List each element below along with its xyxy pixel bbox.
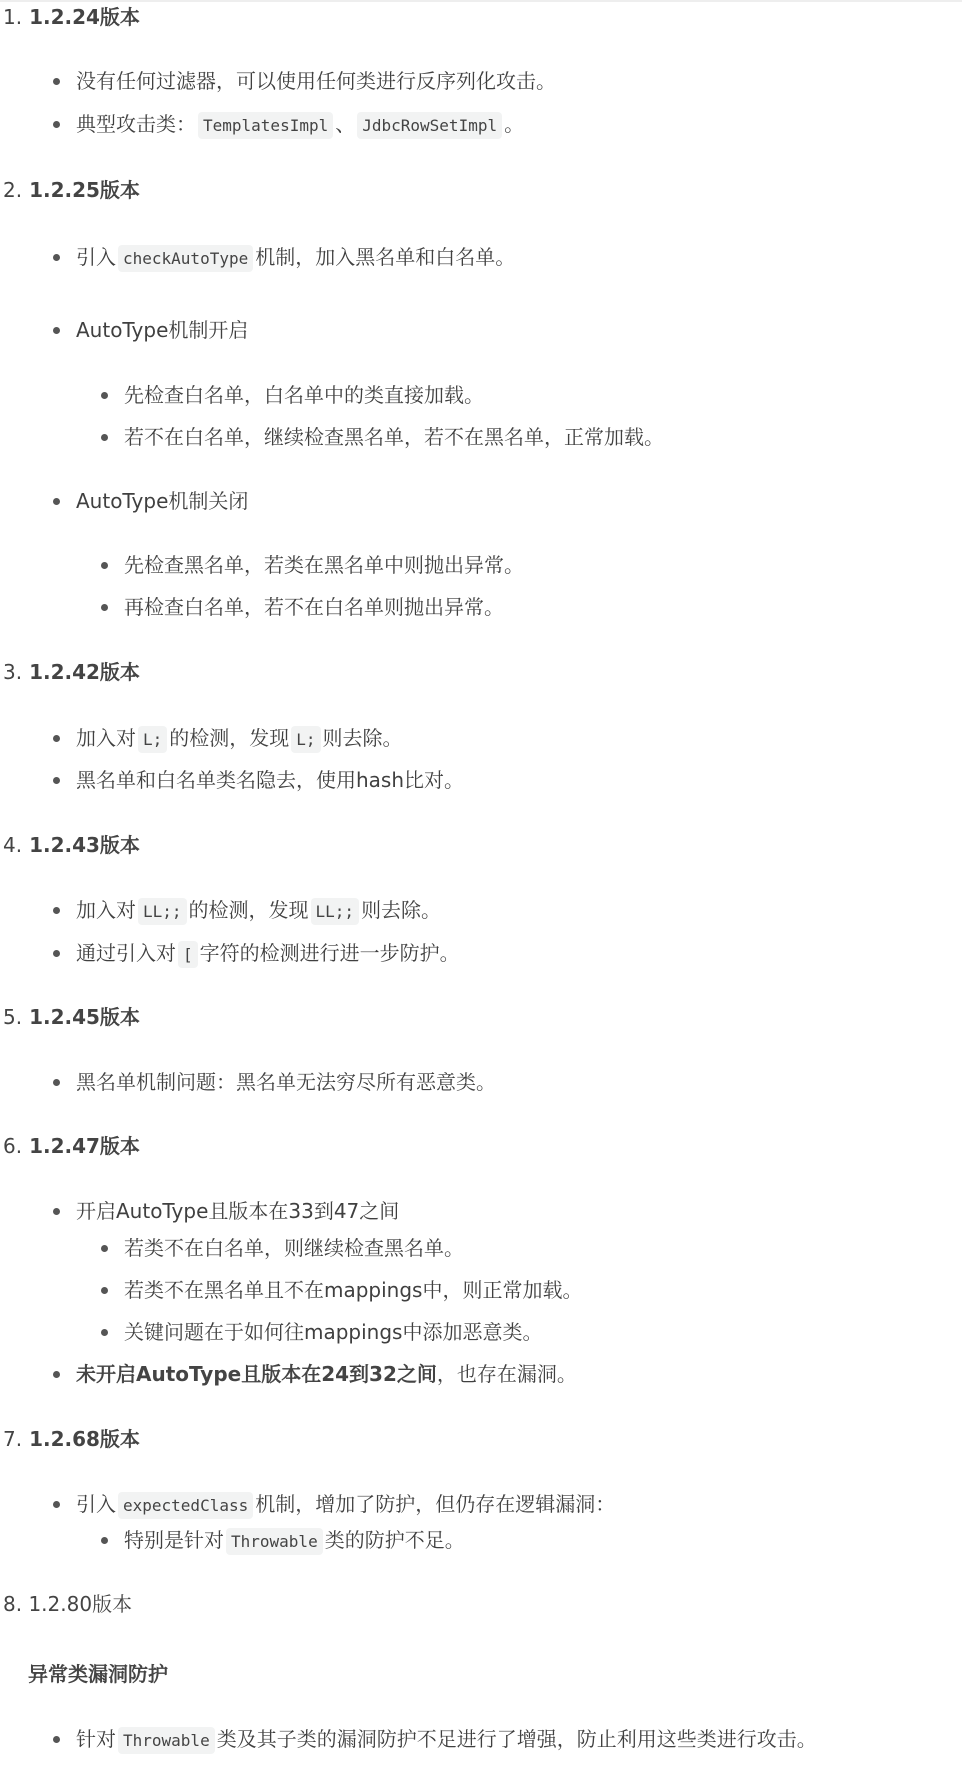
inline-code: TemplatesImpl <box>198 112 333 139</box>
list-item-text: AutoType机制关闭 <box>76 487 248 515</box>
section-heading-8: 8. 1.2.80版本 <box>3 1590 132 1618</box>
inline-code: [ <box>178 941 198 968</box>
list-item-text: 加入对L;的检测，发现L;则去除。 <box>76 724 403 754</box>
list-item-text: 关键问题在于如何往mappings中添加恶意类。 <box>124 1318 542 1346</box>
inline-code: checkAutoType <box>118 245 253 272</box>
bullet-icon <box>53 950 60 957</box>
list-item-text: 典型攻击类：TemplatesImpl、JdbcRowSetImpl。 <box>76 110 524 140</box>
section-number: 6. <box>3 1134 22 1158</box>
section-title: 1.2.80版本 <box>28 1592 132 1616</box>
bullet-icon <box>53 907 60 914</box>
bullet-icon <box>101 1329 108 1336</box>
bullet-icon <box>101 1287 108 1294</box>
section-heading-1: 1. 1.2.24版本 <box>3 3 140 31</box>
list-item-text: 若类不在白名单，则继续检查黑名单。 <box>124 1234 464 1262</box>
list-item-text: 开启AutoType且版本在33到47之间 <box>76 1197 399 1225</box>
section-title: 1.2.24版本 <box>29 5 140 29</box>
list-item-text: 引入expectedClass机制，增加了防护，但仍存在逻辑漏洞： <box>76 1490 615 1520</box>
section-number: 5. <box>3 1005 22 1029</box>
bullet-icon <box>53 78 60 85</box>
bullet-icon <box>53 1208 60 1215</box>
list-item-text: 先检查黑名单，若类在黑名单中则抛出异常。 <box>124 551 524 579</box>
bullet-icon <box>53 777 60 784</box>
section-number: 4. <box>3 833 22 857</box>
section-heading-7: 7. 1.2.68版本 <box>3 1425 140 1453</box>
list-item-text: 针对Throwable类及其子类的漏洞防护不足进行了增强，防止利用这些类进行攻击… <box>76 1725 817 1755</box>
section-heading-2: 2. 1.2.25版本 <box>3 176 140 204</box>
bullet-icon <box>53 254 60 261</box>
section-heading-5: 5. 1.2.45版本 <box>3 1003 140 1031</box>
bullet-icon <box>101 392 108 399</box>
list-item-text: 引入checkAutoType机制，加入黑名单和白名单。 <box>76 243 515 273</box>
inline-code: LL;; <box>138 898 187 925</box>
bullet-icon <box>101 604 108 611</box>
inline-code: LL;; <box>311 898 360 925</box>
list-item-text: AutoType机制开启 <box>76 316 248 344</box>
bullet-icon <box>101 1245 108 1252</box>
list-item-text: 黑名单机制问题：黑名单无法穷尽所有恶意类。 <box>76 1068 496 1096</box>
bullet-icon <box>53 1736 60 1743</box>
inline-code: JdbcRowSetImpl <box>357 112 502 139</box>
top-divider <box>0 0 962 2</box>
list-item-text: 通过引入对[字符的检测进行进一步防护。 <box>76 939 460 969</box>
section-title: 1.2.43版本 <box>29 833 140 857</box>
bullet-icon <box>53 1371 60 1378</box>
inline-code: expectedClass <box>118 1492 253 1519</box>
section-heading-4: 4. 1.2.43版本 <box>3 831 140 859</box>
list-item-text: 没有任何过滤器，可以使用任何类进行反序列化攻击。 <box>76 67 556 95</box>
list-item-text: 先检查白名单，白名单中的类直接加载。 <box>124 381 484 409</box>
list-item-text: 黑名单和白名单类名隐去，使用hash比对。 <box>76 766 464 794</box>
section-number: 2. <box>3 178 22 202</box>
section-title: 1.2.45版本 <box>29 1005 140 1029</box>
list-item-text: 加入对LL;;的检测，发现LL;;则去除。 <box>76 896 441 926</box>
list-item-text: 未开启AutoType且版本在24到32之间，也存在漏洞。 <box>76 1360 577 1388</box>
bullet-icon <box>53 498 60 505</box>
inline-code: Throwable <box>118 1727 215 1754</box>
section-title: 1.2.68版本 <box>29 1427 140 1451</box>
inline-code: L; <box>291 726 320 753</box>
subsection-heading: 异常类漏洞防护 <box>28 1660 168 1688</box>
bullet-icon <box>101 1537 108 1544</box>
list-item-text: 特别是针对Throwable类的防护不足。 <box>124 1526 465 1556</box>
section-number: 7. <box>3 1427 22 1451</box>
bullet-icon <box>53 1079 60 1086</box>
bullet-icon <box>53 735 60 742</box>
inline-code: L; <box>138 726 167 753</box>
list-item-text: 若不在白名单，继续检查黑名单，若不在黑名单，正常加载。 <box>124 423 664 451</box>
bullet-icon <box>53 121 60 128</box>
section-title: 1.2.25版本 <box>29 178 140 202</box>
section-number: 1. <box>3 5 22 29</box>
list-item-text: 若类不在黑名单且不在mappings中，则正常加载。 <box>124 1276 582 1304</box>
section-title: 1.2.47版本 <box>29 1134 140 1158</box>
section-heading-3: 3. 1.2.42版本 <box>3 658 140 686</box>
bullet-icon <box>101 434 108 441</box>
section-title: 1.2.42版本 <box>29 660 140 684</box>
section-heading-6: 6. 1.2.47版本 <box>3 1132 140 1160</box>
section-number: 3. <box>3 660 22 684</box>
list-item-text: 再检查白名单，若不在白名单则抛出异常。 <box>124 593 504 621</box>
inline-code: Throwable <box>226 1528 323 1555</box>
section-number: 8. <box>3 1592 22 1616</box>
bullet-icon <box>53 1501 60 1508</box>
bullet-icon <box>101 562 108 569</box>
bullet-icon <box>53 327 60 334</box>
